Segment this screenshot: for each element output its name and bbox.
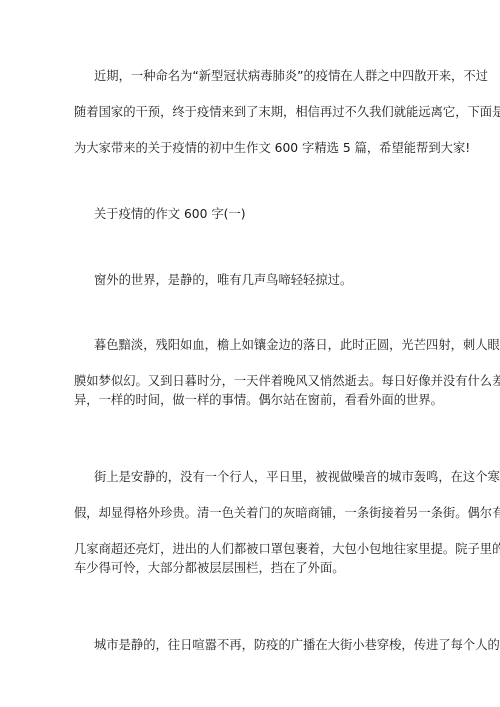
intro-line-2: 随着国家的干预，终于疫情来到了末期，相信再过不久我们就能远离它，下面是	[74, 104, 430, 120]
paragraph-2-line-3: 异，一样的时间，做一样的事情。偶尔站在窗前，看看外面的世界。	[74, 392, 430, 408]
intro-line-3: 为大家带来的关于疫情的初中生作文 600 字精选 5 篇，希望能帮到大家!	[74, 140, 430, 156]
paragraph-1-line-1: 窗外的世界，是静的，唯有几声鸟啼轻轻掠过。	[94, 272, 430, 288]
paragraph-3-line-2: 假，却显得格外珍贵。清一色关着门的灰暗商铺，一条街接着另一条街。偶尔有	[74, 505, 430, 521]
document-page: 近期，一种命名为“新型冠状病毒肺炎”的疫情在人群之中四散开来，不过 随着国家的干…	[0, 0, 500, 707]
section-title: 关于疫情的作文 600 字(一)	[94, 206, 430, 222]
paragraph-3-line-3: 几家商超还亮灯，进出的人们都被口罩包裹着，大包小包地往家里提。院子里的	[74, 541, 430, 557]
intro-line-1: 近期，一种命名为“新型冠状病毒肺炎”的疫情在人群之中四散开来，不过	[94, 68, 430, 84]
paragraph-2-line-1: 暮色黯淡，残阳如血，檐上如镶金边的落日，此时正圆，光芒四射，刺人眼	[94, 337, 430, 353]
paragraph-4-line-1: 城市是静的，往日喧嚣不再，防疫的广播在大街小巷穿梭，传进了每个人的	[94, 637, 430, 653]
paragraph-3-line-1: 街上是安静的，没有一个行人，平日里，被视做噪音的城市轰鸣，在这个寒	[94, 469, 430, 485]
paragraph-2-line-2: 膜如梦似幻。又到日暮时分，一天伴着晚风又悄然逝去。每日好像并没有什么差	[74, 373, 430, 389]
paragraph-3-line-4: 车少得可怜，大部分都被层层围栏，挡在了外面。	[74, 560, 430, 576]
